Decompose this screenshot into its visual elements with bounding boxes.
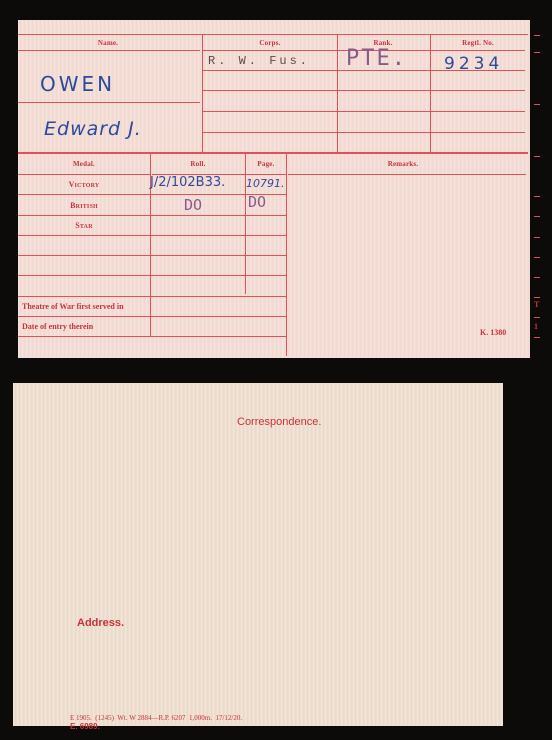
rule xyxy=(18,152,528,154)
edge-tick xyxy=(534,297,540,298)
rule xyxy=(202,34,203,152)
edge-tick xyxy=(534,104,540,105)
rule xyxy=(430,34,431,152)
edge-tick xyxy=(534,337,540,338)
rule xyxy=(203,132,525,133)
rule xyxy=(286,152,287,356)
date-of-entry-label: Date of entry therein xyxy=(22,322,93,331)
page-british: DO xyxy=(248,193,266,211)
edge-tick xyxy=(534,257,540,258)
rule xyxy=(18,336,286,337)
edge-tick xyxy=(534,216,540,217)
rule xyxy=(18,50,200,51)
regtl-no-entry: 9234 xyxy=(444,54,503,74)
rank-entry: PTE. xyxy=(346,46,407,71)
medal-index-card-front: Name. Corps. Rank. Regtl. No. OWEN Edwar… xyxy=(18,20,530,358)
rule xyxy=(18,316,286,317)
correspondence-label: Correspondence. xyxy=(237,416,321,428)
print-code: E. 6989. xyxy=(70,722,100,731)
page-victory: 10791. xyxy=(246,177,285,190)
forenames-entry: Edward J. xyxy=(44,118,142,140)
medal-star: Star xyxy=(54,221,114,230)
print-line: E 1905. (1245) Wt. W 2884—R.P. 6207 1,00… xyxy=(63,706,242,739)
medal-index-card-back: Correspondence. Address. E 1905. (1245) … xyxy=(13,383,503,726)
edge-tick xyxy=(534,196,540,197)
medal-british: British xyxy=(54,201,114,210)
theatre-of-war-label: Theatre of War first served in xyxy=(22,302,124,311)
corps-header: Corps. xyxy=(240,39,300,47)
address-label: Address. xyxy=(77,617,124,629)
print-line-text: E 1905. (1245) Wt. W 2884—R.P. 6207 1,00… xyxy=(70,714,242,722)
edge-tick xyxy=(534,156,540,157)
form-code: K. 1380 xyxy=(480,328,506,337)
edge-mark-t: T xyxy=(534,300,539,309)
roll-victory: J/2/102B33. xyxy=(150,175,225,190)
page-header: Page. xyxy=(246,160,286,168)
corps-entry: R. W. Fus. xyxy=(208,54,310,68)
edge-tick xyxy=(534,237,540,238)
rule xyxy=(203,90,525,91)
edge-tick xyxy=(534,277,540,278)
edge-tick xyxy=(534,317,540,318)
name-header: Name. xyxy=(78,39,138,47)
rule xyxy=(18,296,286,297)
edge-mark-1: 1 xyxy=(534,322,538,331)
medal-victory: Victory xyxy=(54,180,114,189)
edge-tick xyxy=(534,35,540,36)
rule xyxy=(203,111,525,112)
rule xyxy=(288,174,526,175)
remarks-header: Remarks. xyxy=(373,160,433,168)
regtl-no-header: Regtl. No. xyxy=(448,39,508,47)
rule xyxy=(337,34,338,152)
rule xyxy=(18,34,528,35)
roll-header: Roll. xyxy=(168,160,228,168)
rule xyxy=(18,174,150,175)
roll-british: DO xyxy=(184,196,202,214)
medal-header: Medal. xyxy=(54,160,114,168)
rule xyxy=(18,102,200,103)
edge-tick xyxy=(534,52,540,53)
rule xyxy=(245,152,246,294)
surname-entry: OWEN xyxy=(40,72,115,96)
